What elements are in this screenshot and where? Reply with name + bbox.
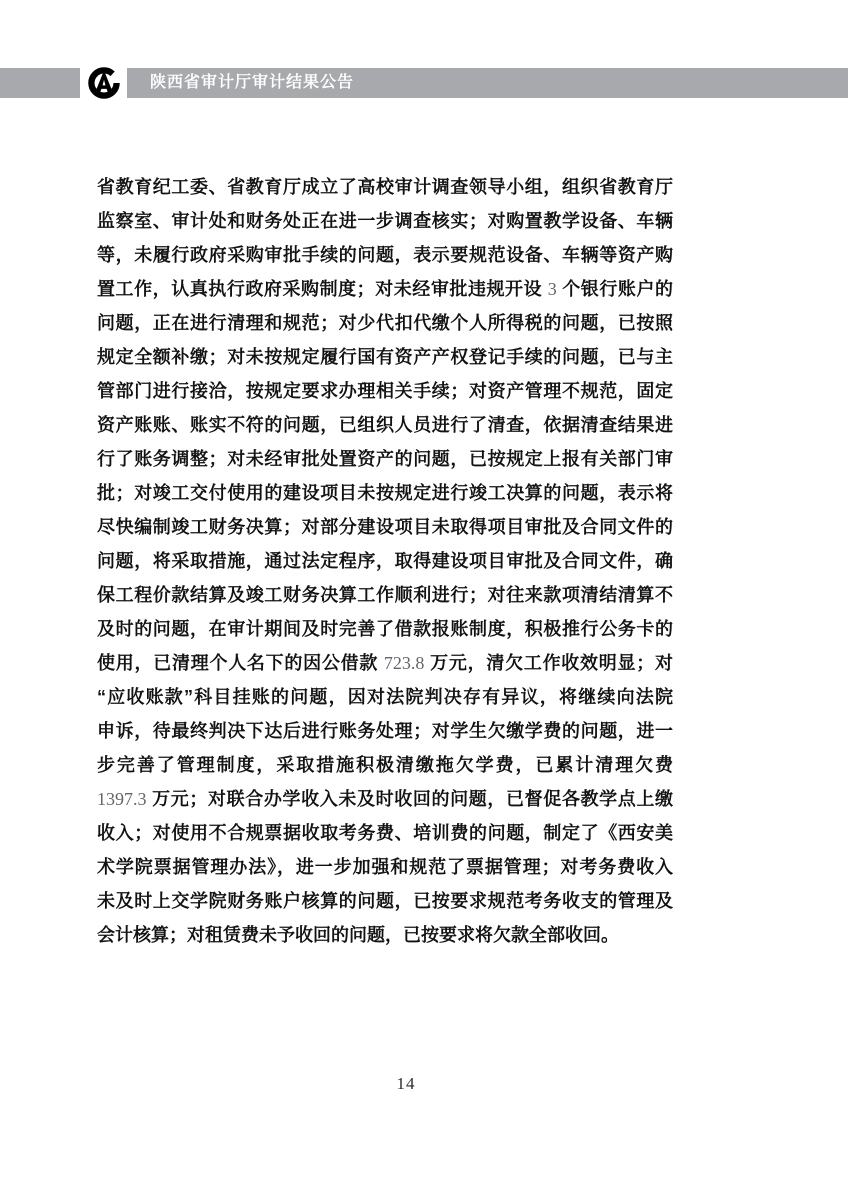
body-line: 未及时上交学院财务账户核算的问题，已按要求规范考务收支的管理及 [97, 884, 673, 918]
body-line: 规定全额补缴；对未按规定履行国有资产产权登记手续的问题，已与主 [97, 340, 673, 374]
body-line: 步完善了管理制度，采取措施积极清缴拖欠学费，已累计清理欠费 [97, 748, 673, 782]
body-line: 使用，已清理个人名下的因公借款 723.8 万元，清欠工作收效明显；对 [97, 646, 673, 680]
number-text: 1397.3 [97, 789, 147, 809]
number-text: 723.8 [384, 653, 425, 673]
header-bar [0, 68, 848, 98]
header-title: 陕西省审计厅审计结果公告 [150, 68, 354, 98]
body-line: 申诉，待最终判决下达后进行账务处理；对学生欠缴学费的问题，进一 [97, 714, 673, 748]
logo-tile [80, 63, 127, 103]
body-line: 保工程价款结算及竣工财务决算工作顺利进行；对往来款项清结清算不 [97, 578, 673, 612]
body-text: 省教育纪工委、省教育厅成立了高校审计调查领导小组，组织省教育厅监察室、审计处和财… [97, 170, 673, 952]
body-line: 尽快编制竣工财务决算；对部分建设项目未取得项目审批及合同文件的 [97, 510, 673, 544]
body-line: 及时的问题，在审计期间及时完善了借款报账制度，积极推行公务卡的 [97, 612, 673, 646]
body-line: 1397.3 万元；对联合办学收入未及时收回的问题，已督促各教学点上缴 [97, 782, 673, 816]
page-number: 14 [0, 1074, 812, 1094]
body-line: 问题，正在进行清理和规范；对少代扣代缴个人所得税的问题，已按照 [97, 306, 673, 340]
body-line: 置工作，认真执行政府采购制度；对未经审批违规开设 3 个银行账户的 [97, 272, 673, 306]
document-page: { "page": { "header": { "title": "陕西省审计厅… [0, 0, 848, 1200]
body-line: 批；对竣工交付使用的建设项目未按规定进行竣工决算的问题，表示将 [97, 476, 673, 510]
body-line: 行了账务调整；对未经审批处置资产的问题，已按规定上报有关部门审 [97, 442, 673, 476]
body-line: 等，未履行政府采购审批手续的问题，表示要规范设备、车辆等资产购 [97, 238, 673, 272]
body-line: 术学院票据管理办法》，进一步加强和规范了票据管理；对考务费收入 [97, 850, 673, 884]
body-line: 会计核算；对租赁费未予收回的问题，已按要求将欠款全部收回。 [97, 918, 673, 952]
body-line: 省教育纪工委、省教育厅成立了高校审计调查领导小组，组织省教育厅 [97, 170, 673, 204]
number-text: 3 [548, 279, 557, 299]
body-line: 收入；对使用不合规票据收取考务费、培训费的问题，制定了《西安美 [97, 816, 673, 850]
body-line: 监察室、审计处和财务处正在进一步调查核实；对购置教学设备、车辆 [97, 204, 673, 238]
body-line: 问题，将采取措施，通过法定程序，取得建设项目审批及合同文件，确 [97, 544, 673, 578]
audit-emblem-icon [86, 65, 122, 101]
body-line: “应收账款”科目挂账的问题，因对法院判决存有异议，将继续向法院 [97, 680, 673, 714]
body-line: 资产账账、账实不符的问题，已组织人员进行了清查，依据清查结果进 [97, 408, 673, 442]
body-line: 管部门进行接洽，按规定要求办理相关手续；对资产管理不规范，固定 [97, 374, 673, 408]
